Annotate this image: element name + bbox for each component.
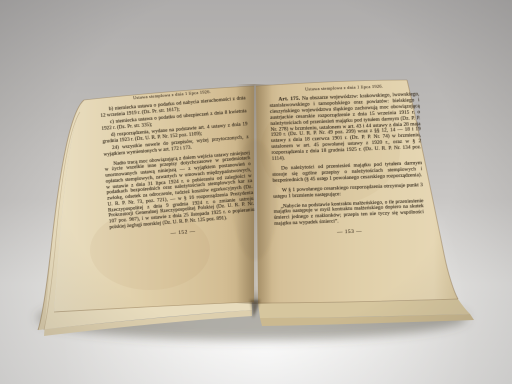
article-body: Na obszarze województw: krakowskiego, lw…	[270, 91, 422, 162]
article-175-paragraph: Art. 175. Na obszarze województw: krakow…	[269, 92, 421, 163]
left-page-text: Ustawa stemplowa z dnia 1 lipca 1926. b)…	[99, 86, 257, 247]
open-book-illustration	[0, 0, 512, 384]
left-closing-paragraph: Nadto tracą moc obowiązującą z dniem wej…	[104, 151, 255, 231]
book-photo: Ustawa stemplowa z dnia 1 lipca 1926. b)…	[0, 0, 512, 384]
right-quote-paragraph: „Nabycie na podstawie kontraktu małżeńsk…	[273, 199, 424, 228]
page-number-153: — 153 —	[275, 227, 425, 239]
right-page-text: Ustawa stemplowa z dnia 1 lipca 1926. Ar…	[269, 82, 425, 244]
